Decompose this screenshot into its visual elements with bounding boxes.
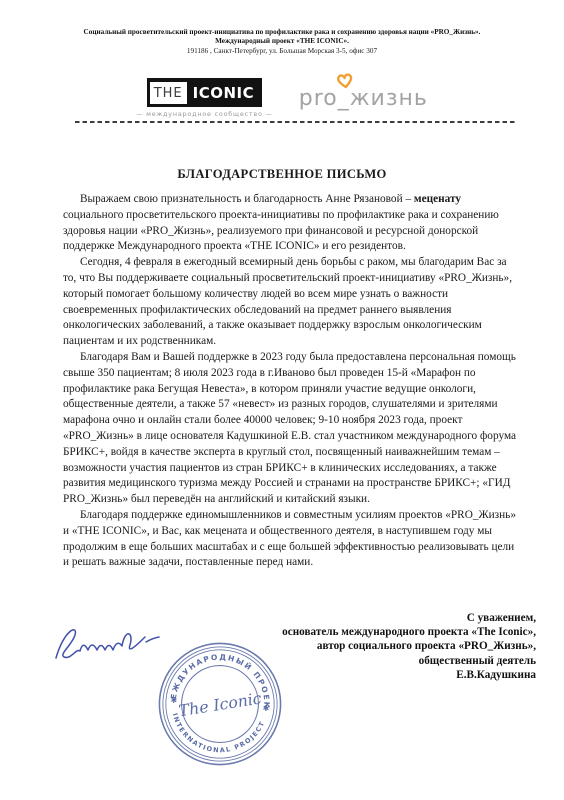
paragraph-2023-results: Благодаря Вам и Вашей поддержке в 2023 г…: [63, 350, 519, 508]
paragraph-world-cancer-day: Сегодня, 4 февраля в ежегодный всемирный…: [63, 255, 519, 350]
letter-page: Социальный просветительский проект-иници…: [0, 0, 564, 800]
signature-block: С уважением, основатель международного п…: [282, 611, 536, 682]
paragraph-future-plans: Благодаря поддержке единомышленников и с…: [63, 508, 519, 571]
the-iconic-logo-subtitle: — международное сообщество —: [136, 110, 273, 118]
pro-life-logo: pro_жизнь: [299, 82, 428, 111]
the-iconic-logo-name: ICONIC: [187, 82, 259, 103]
the-iconic-logo: THE ICONIC — международное сообщество —: [136, 78, 273, 118]
pro-life-wordmark: pro_жизнь: [299, 86, 428, 111]
letterhead-address: 191186 , Санкт-Петербург, ул. Большая Мо…: [30, 47, 534, 56]
signature-name: Е.В.Кадушкина: [282, 668, 536, 682]
dashed-divider: [75, 121, 516, 123]
patron-emphasis: меценату: [414, 193, 461, 205]
handwritten-signature: [42, 612, 160, 684]
signature-role-public-figure: общественный деятель: [282, 654, 536, 668]
signature-role-author: автор социального проекта «PRO_Жизнь»,: [282, 639, 536, 653]
letterhead-international-line: Международный проект «THE ICONIC».: [30, 37, 534, 46]
letter-body: Выражаем свою признательность и благодар…: [63, 192, 519, 571]
paragraph-gratitude: Выражаем свою признательность и благодар…: [63, 192, 519, 255]
paragraph-gratitude-end: социального просветительского проекта-ин…: [63, 209, 499, 253]
letterhead: Социальный просветительский проект-иници…: [30, 28, 534, 56]
logos-row: THE ICONIC — международное сообщество — …: [0, 72, 564, 118]
the-iconic-logo-box: THE ICONIC: [147, 78, 262, 107]
paragraph-gratitude-start: Выражаем свою признательность и благодар…: [80, 193, 414, 205]
the-iconic-logo-the: THE: [150, 82, 187, 104]
signature-regards: С уважением,: [282, 611, 536, 625]
document-title: БЛАГОДАРСТВЕННОЕ ПИСЬМО: [0, 167, 564, 182]
stamp-center-script: The Iconic: [177, 688, 263, 720]
signature-role-founder: основатель международного проекта «The I…: [282, 625, 536, 639]
letterhead-project-line: Социальный просветительский проект-иници…: [30, 28, 534, 37]
heart-icon: [336, 73, 354, 89]
official-stamp: МЕЖДУНАРОДНЫЙ ПРОЕКТ INTERNATIONAL PROJE…: [151, 635, 290, 774]
stamp-star-right: ✱: [262, 704, 270, 714]
